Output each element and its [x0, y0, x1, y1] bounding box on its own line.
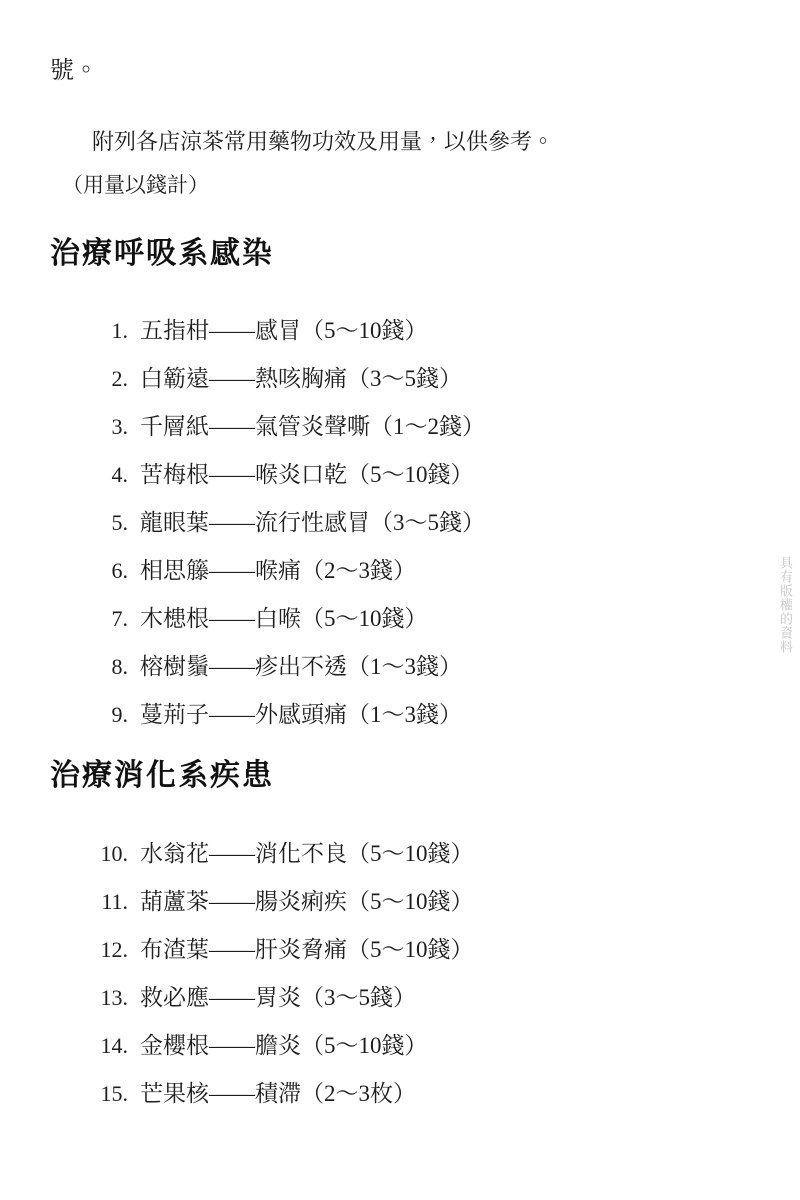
herb-effect: 喉痛（2～3錢）: [255, 552, 416, 585]
herb-effect: 消化不良（5～10錢）: [255, 835, 474, 868]
digestive-herb-list: 10.水翁花——消化不良（5～10錢） 11.葫蘆茶——腸炎痢疾（5～10錢） …: [80, 835, 474, 1123]
copyright-watermark: 具有版權的資料: [776, 556, 795, 654]
dash-connector: ——: [209, 1081, 255, 1107]
herb-list-item: 7.木槵根——白喉（5～10錢）: [80, 600, 485, 630]
item-number: 8.: [80, 654, 128, 680]
section-heading-digestive: 治療消化系疾患: [50, 759, 274, 793]
herb-effect: 肝炎脅痛（5～10錢）: [255, 931, 474, 964]
item-number: 9.: [80, 702, 128, 728]
herb-name: 千層紙: [140, 408, 209, 441]
dash-connector: ——: [209, 510, 255, 536]
item-number: 6.: [80, 558, 128, 584]
herb-name: 葫蘆茶: [140, 883, 209, 916]
dash-connector: ——: [209, 889, 255, 915]
herb-name: 布渣葉: [140, 931, 209, 964]
section-heading-respiratory: 治療呼吸系感染: [50, 237, 274, 271]
dash-connector: ——: [209, 366, 255, 392]
herb-name: 苦梅根: [140, 456, 209, 489]
dash-connector: ——: [209, 318, 255, 344]
dash-connector: ——: [209, 1033, 255, 1059]
herb-name: 龍眼葉: [140, 504, 209, 537]
herb-name: 木槵根: [140, 600, 209, 633]
intro-paragraph: 附列各店涼茶常用藥物功效及用量，以供參考。: [92, 128, 554, 156]
herb-name: 金櫻根: [140, 1027, 209, 1060]
herb-effect: 膽炎（5～10錢）: [255, 1027, 428, 1060]
item-number: 14.: [80, 1033, 128, 1059]
herb-list-item: 10.水翁花——消化不良（5～10錢）: [80, 835, 474, 865]
document-page: 號。 附列各店涼茶常用藥物功效及用量，以供參考。 （用量以錢計） 治療呼吸系感染…: [0, 0, 800, 1200]
item-number: 1.: [80, 318, 128, 344]
herb-list-item: 5.龍眼葉——流行性感冒（3～5錢）: [80, 504, 485, 534]
herb-name: 芒果核: [140, 1075, 209, 1108]
dash-connector: ——: [209, 702, 255, 728]
herb-list-item: 1.五指柑——感冒（5～10錢）: [80, 312, 485, 342]
herb-list-item: 12.布渣葉——肝炎脅痛（5～10錢）: [80, 931, 474, 961]
respiratory-herb-list: 1.五指柑——感冒（5～10錢） 2.白簕遠——熱咳胸痛（3～5錢） 3.千層紙…: [80, 312, 485, 744]
dosage-unit-note: （用量以錢計）: [62, 172, 209, 199]
herb-name: 榕樹鬚: [140, 648, 209, 681]
item-number: 3.: [80, 414, 128, 440]
item-number: 15.: [80, 1081, 128, 1107]
herb-effect: 流行性感冒（3～5錢）: [255, 504, 485, 537]
herb-list-item: 2.白簕遠——熱咳胸痛（3～5錢）: [80, 360, 485, 390]
herb-name: 相思籐: [140, 552, 209, 585]
item-number: 7.: [80, 606, 128, 632]
herb-effect: 疹出不透（1～3錢）: [255, 648, 462, 681]
item-number: 4.: [80, 462, 128, 488]
dash-connector: ——: [209, 654, 255, 680]
paragraph-continuation: 號。: [50, 56, 98, 86]
herb-name: 救必應: [140, 979, 209, 1012]
herb-list-item: 4.苦梅根——喉炎口乾（5～10錢）: [80, 456, 485, 486]
dash-connector: ——: [209, 841, 255, 867]
herb-list-item: 15.芒果核——積滯（2～3枚）: [80, 1075, 474, 1105]
dash-connector: ——: [209, 558, 255, 584]
item-number: 10.: [80, 841, 128, 867]
herb-list-item: 14.金櫻根——膽炎（5～10錢）: [80, 1027, 474, 1057]
item-number: 11.: [80, 889, 128, 915]
herb-name: 蔓荊子: [140, 696, 209, 729]
herb-name: 五指柑: [140, 312, 209, 345]
item-number: 2.: [80, 366, 128, 392]
herb-list-item: 11.葫蘆茶——腸炎痢疾（5～10錢）: [80, 883, 474, 913]
herb-list-item: 6.相思籐——喉痛（2～3錢）: [80, 552, 485, 582]
herb-effect: 外感頭痛（1～3錢）: [255, 696, 462, 729]
item-number: 13.: [80, 985, 128, 1011]
herb-name: 水翁花: [140, 835, 209, 868]
dash-connector: ——: [209, 985, 255, 1011]
herb-effect: 感冒（5～10錢）: [255, 312, 428, 345]
item-number: 5.: [80, 510, 128, 536]
herb-name: 白簕遠: [140, 360, 209, 393]
herb-effect: 喉炎口乾（5～10錢）: [255, 456, 474, 489]
herb-list-item: 8.榕樹鬚——疹出不透（1～3錢）: [80, 648, 485, 678]
herb-effect: 腸炎痢疾（5～10錢）: [255, 883, 474, 916]
dash-connector: ——: [209, 937, 255, 963]
dash-connector: ——: [209, 462, 255, 488]
herb-list-item: 3.千層紙——氣管炎聲嘶（1～2錢）: [80, 408, 485, 438]
dash-connector: ——: [209, 414, 255, 440]
herb-effect: 白喉（5～10錢）: [255, 600, 428, 633]
dash-connector: ——: [209, 606, 255, 632]
herb-effect: 熱咳胸痛（3～5錢）: [255, 360, 462, 393]
herb-list-item: 13.救必應——胃炎（3～5錢）: [80, 979, 474, 1009]
herb-effect: 胃炎（3～5錢）: [255, 979, 416, 1012]
herb-list-item: 9.蔓荊子——外感頭痛（1～3錢）: [80, 696, 485, 726]
herb-effect: 積滯（2～3枚）: [255, 1075, 416, 1108]
herb-effect: 氣管炎聲嘶（1～2錢）: [255, 408, 485, 441]
item-number: 12.: [80, 937, 128, 963]
